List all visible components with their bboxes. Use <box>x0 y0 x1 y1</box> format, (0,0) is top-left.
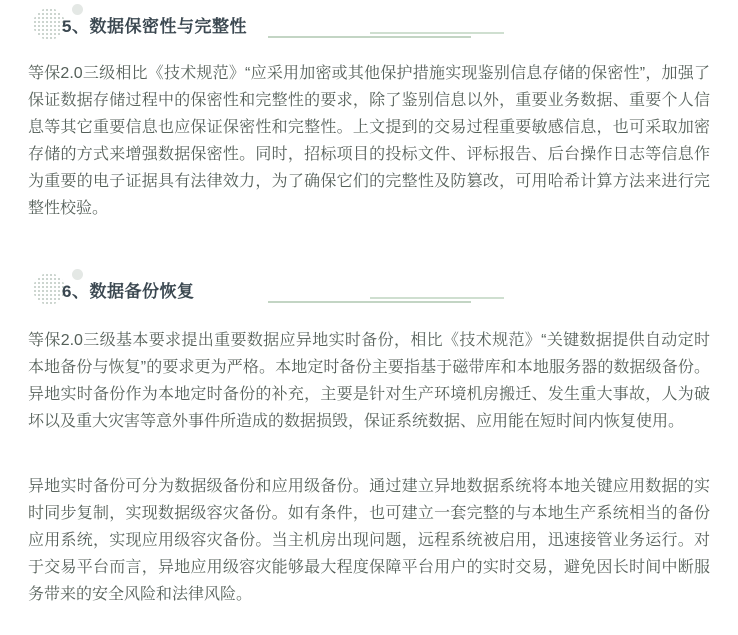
halftone-circle-icon <box>33 273 65 305</box>
decorative-underline-short <box>370 32 504 34</box>
body-paragraph: 等保2.0三级基本要求提出重要数据应异地实时备份，相比《技术规范》“关键数据提供… <box>28 327 710 435</box>
body-paragraph: 异地实时备份可分为数据级备份和应用级备份。通过建立异地数据系统将本地关键应用数据… <box>28 473 710 608</box>
body-paragraph: 等保2.0三级相比《技术规范》“应采用加密或其他保护措施实现鉴别信息存储的保密性… <box>28 60 710 222</box>
section-title: 6、数据备份恢复 <box>62 277 194 302</box>
decorative-underline-long <box>268 36 471 38</box>
halftone-circle-icon <box>33 8 65 40</box>
section-data-backup-recovery: 6、数据备份恢复 等保2.0三级基本要求提出重要数据应异地实时备份，相比《技术规… <box>0 268 738 608</box>
section-heading-row: 5、数据保密性与完整性 <box>0 3 738 41</box>
section-heading-row: 6、数据备份恢复 <box>0 268 738 306</box>
section-title: 5、数据保密性与完整性 <box>62 12 247 37</box>
decorative-underline-long <box>268 301 471 303</box>
article-page: 5、数据保密性与完整性 等保2.0三级相比《技术规范》“应采用加密或其他保护措施… <box>0 0 738 635</box>
section-data-confidentiality-integrity: 5、数据保密性与完整性 等保2.0三级相比《技术规范》“应采用加密或其他保护措施… <box>0 3 738 222</box>
decorative-underline-short <box>370 297 504 299</box>
